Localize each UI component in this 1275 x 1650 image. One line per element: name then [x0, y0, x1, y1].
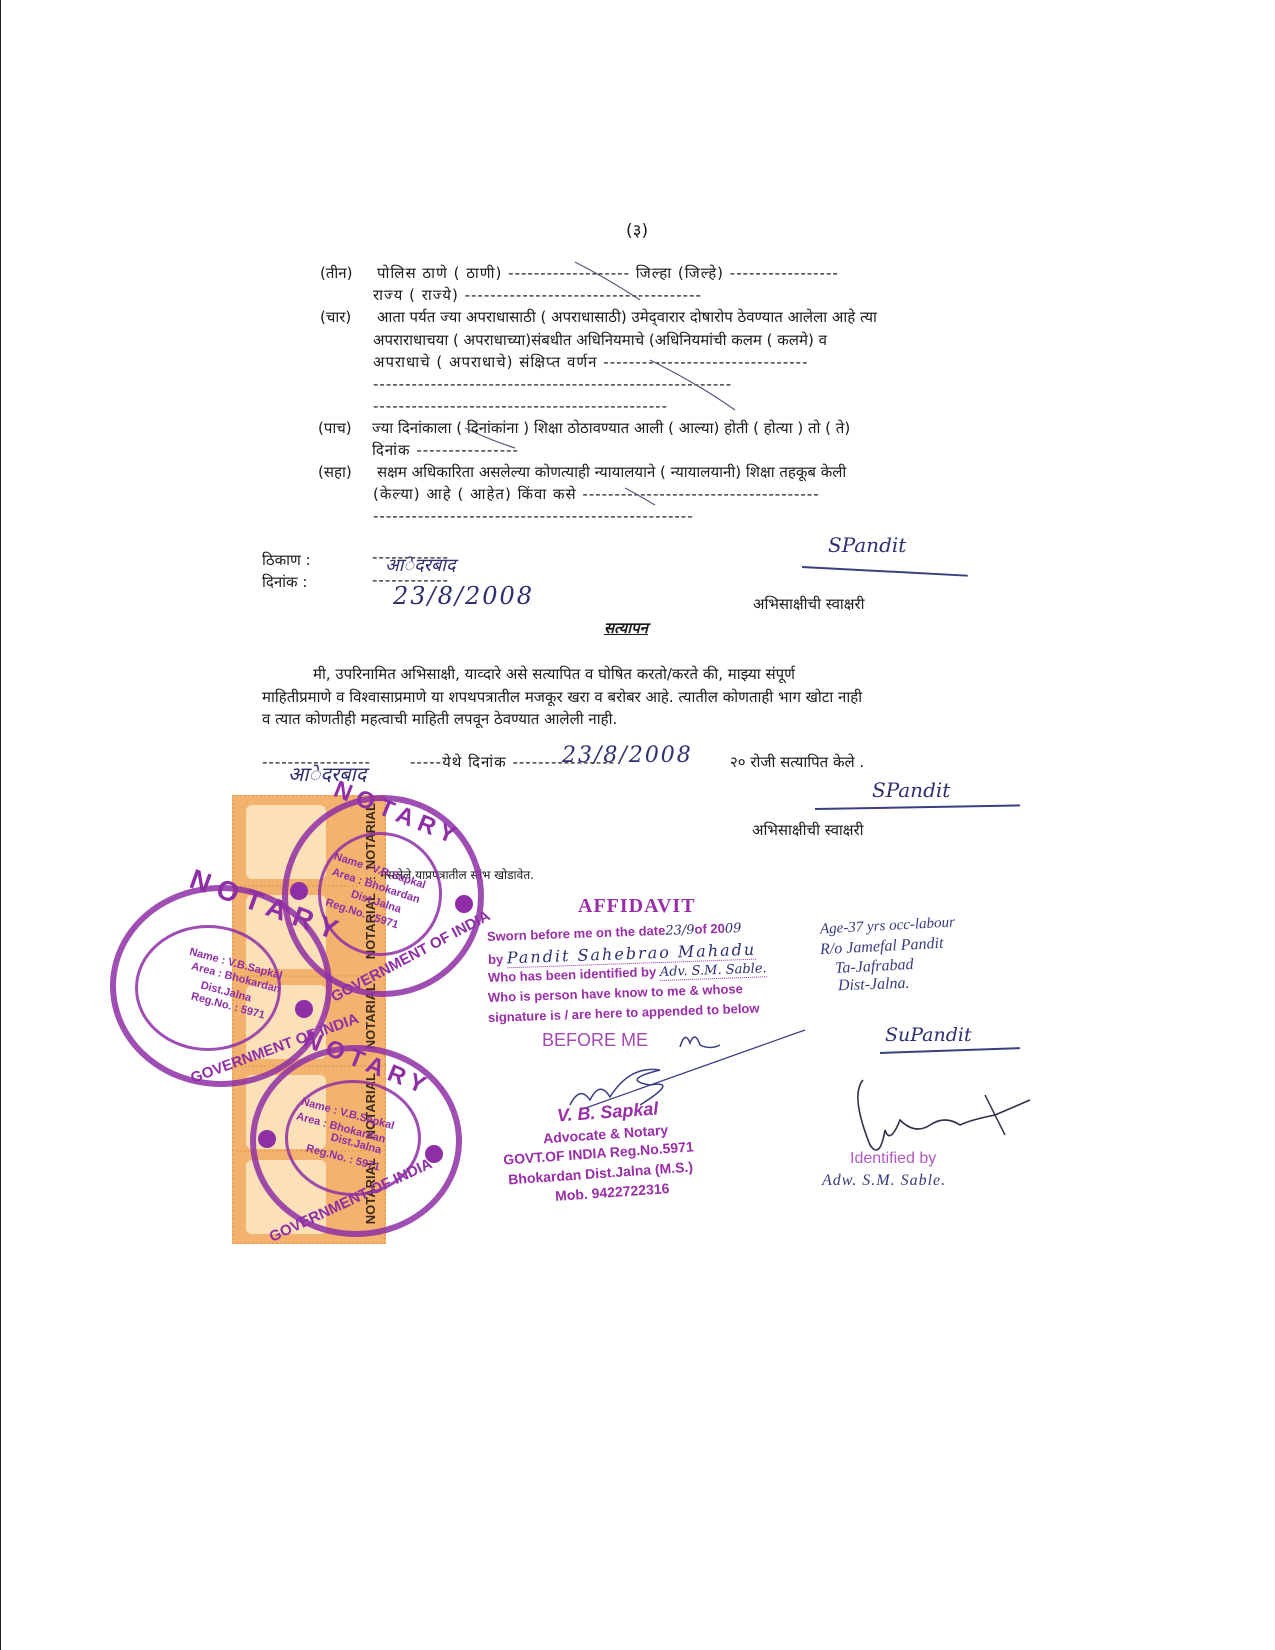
deponent-detail-line: Dist-Jalna. — [838, 975, 910, 995]
deponent-signature-3: SuPandit — [885, 1024, 972, 1046]
verification-line: मी, उपरिनामित अभिसाक्षी, याव्दारे असे सत… — [313, 664, 795, 685]
verification-line: व त्यात कोणतीही महत्वाची माहिती लपवून ठे… — [262, 709, 617, 730]
verification-date-handwritten: 23/8/2008 — [562, 743, 693, 768]
verification-heading: सत्यापन — [604, 618, 648, 639]
place-handwritten: आेदरबाद — [385, 553, 456, 577]
identifier-signature — [845, 1075, 1035, 1160]
seal-dot — [258, 1130, 276, 1148]
strike-marks — [0, 0, 1275, 1650]
identifier-name-handwritten: Adw. S.M. Sable. — [822, 1172, 946, 1190]
signature-label-2: अभिसाक्षीची स्वाक्षरी — [752, 820, 864, 841]
seal-dot — [455, 895, 473, 913]
date-handwritten: 23/8/2008 — [393, 582, 534, 610]
identified-by-label: Identified by — [850, 1150, 936, 1168]
deponent-signature-2: SPandit — [872, 778, 950, 802]
date-label: दिनांक : — [262, 572, 307, 593]
deponent-signature-1: SPandit — [828, 533, 906, 557]
verification-date-suffix: २० रोजी सत्यापित केले . — [730, 752, 864, 773]
place-label: ठिकाण : — [262, 550, 311, 571]
notary-signature — [560, 1025, 810, 1115]
seal-dot — [295, 1000, 313, 1018]
affidavit-title: AFFIDAVIT — [578, 895, 696, 918]
verification-line: माहितीप्रमाणे व विश्वासाप्रमाणे या शपथपत… — [262, 687, 862, 708]
signature-label-1: अभिसाक्षीची स्वाक्षरी — [753, 594, 865, 615]
